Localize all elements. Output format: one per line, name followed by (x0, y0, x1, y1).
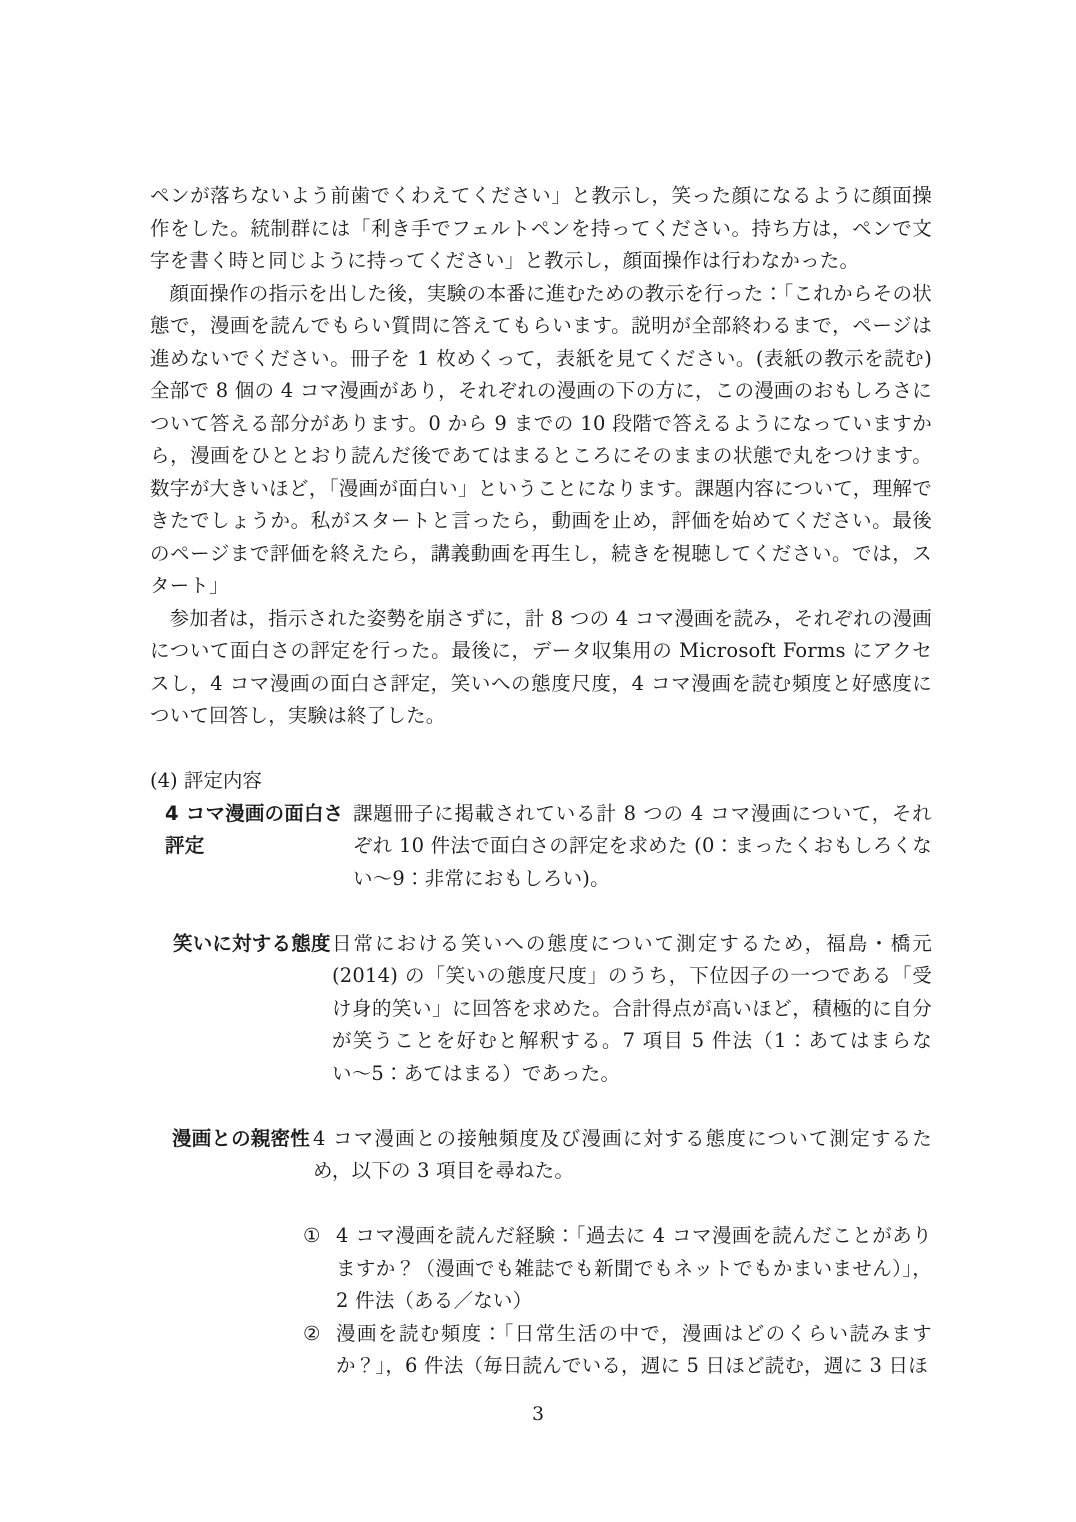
numbered-item-text: 漫画を読む頻度：「日常生活の中で，漫画はどのくらい読みますか？」，6 件法（毎日… (336, 1318, 932, 1383)
definition-item-manga-funniness-rating: 4 コマ漫画の面白さ評定 課題冊子に掲載されている計 8 つの 4 コマ漫画につ… (150, 798, 932, 896)
definition-text: 日常における笑いへの態度について測定するため，福島・橋元 (2014) の「笑い… (332, 928, 932, 1091)
paragraph-participants-procedure: 参加者は，指示された姿勢を崩さずに，計 8 つの 4 コマ漫画を読み，それぞれの… (150, 603, 932, 733)
numbered-item-reading-frequency: ② 漫画を読む頻度：「日常生活の中で，漫画はどのくらい読みますか？」，6 件法（… (303, 1318, 932, 1383)
definition-item-familiarity-with-manga: 漫画との親密性 4 コマ漫画との接触頻度及び漫画に対する態度について測定するため… (150, 1123, 932, 1188)
numbered-item-text: 4 コマ漫画を読んだ経験：「過去に 4 コマ漫画を読んだことがありますか？（漫画… (336, 1220, 932, 1318)
definition-item-attitude-toward-laughter: 笑いに対する態度 日常における笑いへの態度について測定するため，福島・橋元 (2… (150, 928, 932, 1091)
page-number: 3 (0, 1402, 1076, 1426)
page-body: ペンが落ちないよう前歯でくわえてください」と教示し，笑った顔になるように顔面操作… (150, 180, 932, 1383)
paragraph-facial-manipulation: ペンが落ちないよう前歯でくわえてください」と教示し，笑った顔になるように顔面操作… (150, 180, 932, 278)
definition-text: 4 コマ漫画との接触頻度及び漫画に対する態度について測定するため，以下の 3 項… (313, 1123, 932, 1188)
circled-number-2: ② (303, 1318, 336, 1351)
numbered-item-reading-experience: ① 4 コマ漫画を読んだ経験：「過去に 4 コマ漫画を読んだことがありますか？（… (303, 1220, 932, 1318)
numbered-question-list: ① 4 コマ漫画を読んだ経験：「過去に 4 コマ漫画を読んだことがありますか？（… (150, 1220, 932, 1383)
document-page: ペンが落ちないよう前歯でくわえてください」と教示し，笑った顔になるように顔面操作… (0, 0, 1076, 1522)
definition-text: 課題冊子に掲載されている計 8 つの 4 コマ漫画について，それぞれ 10 件法… (353, 798, 932, 896)
definition-term: 4 コマ漫画の面白さ評定 (150, 798, 353, 863)
circled-number-1: ① (303, 1220, 336, 1253)
definition-term: 漫画との親密性 (150, 1123, 313, 1156)
definition-term: 笑いに対する態度 (150, 928, 332, 961)
paragraph-experiment-instructions: 顔面操作の指示を出した後，実験の本番に進むための教示を行った：「これからその状態… (150, 278, 932, 603)
section-heading-rating-contents: (4) 評定内容 (150, 765, 932, 798)
